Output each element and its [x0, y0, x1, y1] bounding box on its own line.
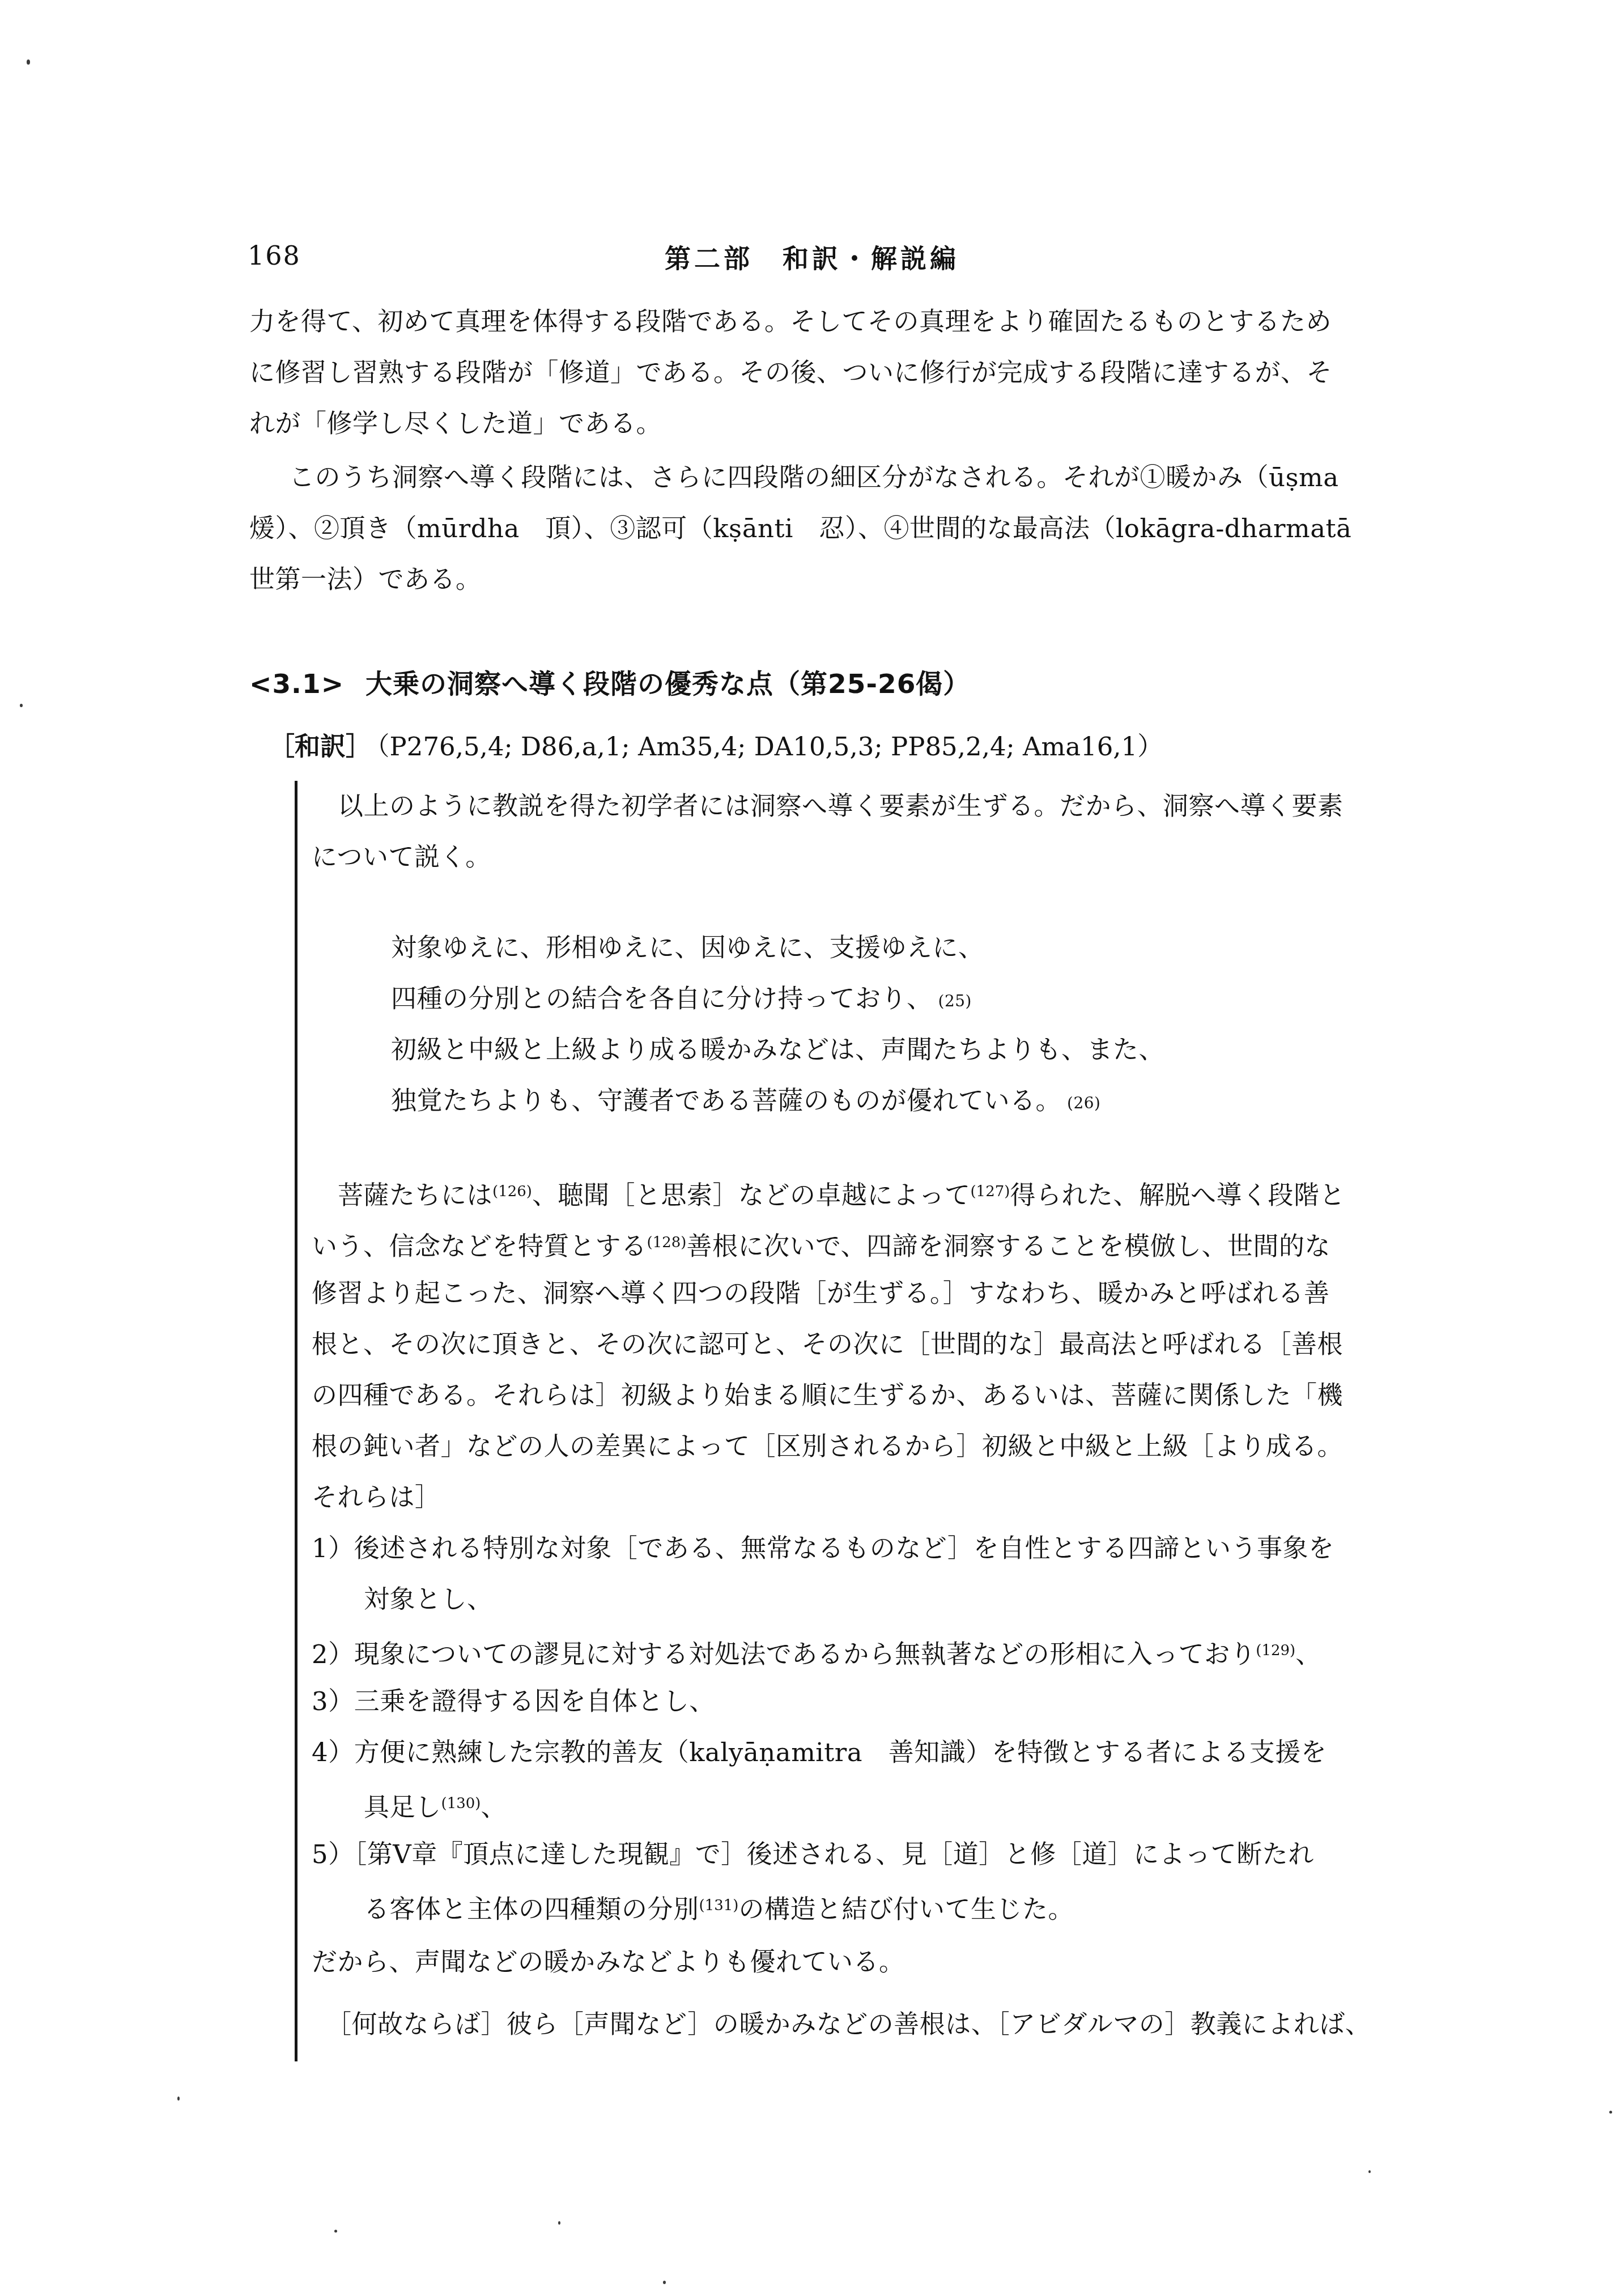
list-item-line: 2）現象についての謬見に対する対処法であるから無執著などの形相に入っており(12… — [312, 1625, 1388, 1676]
quote-line: 修習より起こった、洞察へ導く四つの段階［が生ずる。］すなわち、暖かみと呼ばれる善 — [312, 1268, 1388, 1319]
quote-line: について説く。 — [312, 832, 1388, 883]
body-line: 煖）、②頂き（mūrdha 頂）、③認可（kṣānti 忍）、④世間的な最高法（… — [249, 503, 1388, 554]
numbered-list: 1）後述される特別な対象［である、無常なるものなど］を自性とする四諦という事象を… — [312, 1523, 1388, 1931]
translation-citation-line: ［和訳］（P276,5,4; D86,a,1; Am35,4; DA10,5,3… — [249, 721, 1388, 772]
footnote-ref: (128) — [647, 1234, 687, 1251]
quote-line: 以上のように教説を得た初学者には洞察へ導く要素が生ずる。だから、洞察へ導く要素 — [312, 781, 1388, 832]
quote-line: ［何故ならば］彼ら［声聞など］の暖かみなどの善根は、［アビダルマの］教義によれば… — [326, 1999, 1388, 2050]
translation-label: ［和訳］ — [269, 732, 371, 762]
body-line: このうち洞察へ導く段階には、さらに四段階の細区分がなされる。それが①暖かみ（ūṣ… — [249, 452, 1388, 503]
commentary-paragraph: 菩薩たちには(126)、聴聞［と思索］などの卓越によって(127)得られた、解脱… — [312, 1166, 1388, 1523]
list-item-line: 4）方便に熟練した宗教的善友（kalyāṇamitra 善知識）を特徴とする者に… — [312, 1727, 1388, 1778]
scan-noise-speck — [177, 2097, 180, 2101]
body-line: れが「修学し尽くした道」である。 — [249, 398, 1388, 449]
quote-intro: 以上のように教説を得た初学者には洞察へ導く要素が生ずる。だから、洞察へ導く要素 … — [312, 781, 1388, 883]
footnote-ref: (131) — [699, 1897, 739, 1914]
quotation-block: 以上のように教説を得た初学者には洞察へ導く要素が生ずる。だから、洞察へ導く要素 … — [295, 781, 1388, 2061]
citation-refs: （P276,5,4; D86,a,1; Am35,4; DA10,5,3; PP… — [377, 732, 1163, 762]
body-line: に修習し習熟する段階が「修道」である。その後、ついに修行が完成する段階に達するが… — [249, 347, 1388, 398]
list-item-line: 具足し(130)、 — [364, 1778, 1388, 1829]
list-item-line: 対象とし、 — [364, 1574, 1388, 1625]
body-line: 世第一法）である。 — [249, 554, 1388, 605]
list-item-line: 1）後述される特別な対象［である、無常なるものなど］を自性とする四諦という事象を — [312, 1523, 1388, 1574]
scan-noise-speck — [334, 2230, 337, 2233]
footnote-ref: (126) — [492, 1183, 532, 1200]
document-page: 168 第二部 和訳・解説編 力を得て、初めて真理を体得する段階である。そしてそ… — [0, 0, 1624, 2296]
list-item-line: 3）三乗を證得する因を自体とし、 — [312, 1676, 1388, 1727]
scan-noise-speck — [1368, 2170, 1371, 2173]
verse-line: 独覚たちよりも、守護者である菩薩のものが優れている。(26) — [391, 1075, 1388, 1126]
quote-line: 根の鈍い者」などの人の差異によって［区別されるから］初級と中級と上級［より成る。 — [312, 1421, 1388, 1472]
scan-noise-speck — [558, 2221, 560, 2225]
verse-block: 対象ゆえに、形相ゆえに、因ゆえに、支援ゆえに、 四種の分別との結合を各自に分け持… — [391, 922, 1388, 1126]
quote-line: の四種である。それらは］初級より始まる順に生ずるか、あるいは、菩薩に関係した「機 — [312, 1370, 1388, 1421]
scan-noise-speck — [20, 704, 23, 707]
list-item-line: 5）［第V章『頂点に達した現観』で］後述される、見［道］と修［道］によって断たれ — [312, 1829, 1388, 1880]
closing-lines: だから、声聞などの暖かみなどよりも優れている。 ［何故ならば］彼ら［声聞など］の… — [312, 1937, 1388, 2050]
scan-noise-speck — [1609, 2111, 1612, 2114]
section-title: 大乗の洞察へ導く段階の優秀な点（第25-26偈） — [365, 669, 970, 700]
verse-line: 初級と中級と上級より成る暖かみなどは、声聞たちよりも、また、 — [391, 1024, 1388, 1075]
quote-line: いう、信念などを特質とする(128)善根に次いで、四諦を洞察することを模倣し、世… — [312, 1217, 1388, 1268]
list-item-line: る客体と主体の四種類の分別(131)の構造と結び付いて生じた。 — [364, 1880, 1388, 1931]
quote-line: 根と、その次に頂きと、その次に認可と、その次に［世間的な］最高法と呼ばれる［善根 — [312, 1319, 1388, 1370]
verse-number: (26) — [1067, 1094, 1100, 1112]
quote-line: それらは］ — [312, 1472, 1388, 1523]
section-number: <3.1> — [249, 669, 344, 700]
paragraph-1: 力を得て、初めて真理を体得する段階である。そしてその真理をより確固たるものとする… — [249, 296, 1388, 449]
section-heading: <3.1>大乗の洞察へ導く段階の優秀な点（第25-26偈） — [249, 659, 1388, 710]
paragraph-2: このうち洞察へ導く段階には、さらに四段階の細区分がなされる。それが①暖かみ（ūṣ… — [249, 452, 1388, 605]
verse-line: 四種の分別との結合を各自に分け持っており、(25) — [391, 973, 1388, 1024]
footnote-ref: (127) — [970, 1183, 1010, 1200]
page-content: 力を得て、初めて真理を体得する段階である。そしてその真理をより確固たるものとする… — [249, 296, 1388, 2061]
scan-noise-speck — [27, 59, 30, 65]
quote-line: だから、声聞などの暖かみなどよりも優れている。 — [312, 1937, 1388, 1988]
quote-line: 菩薩たちには(126)、聴聞［と思索］などの卓越によって(127)得られた、解脱… — [312, 1166, 1388, 1217]
footnote-ref: (130) — [441, 1795, 481, 1812]
body-line: 力を得て、初めて真理を体得する段階である。そしてその真理をより確固たるものとする… — [249, 296, 1388, 347]
running-header: 第二部 和訳・解説編 — [0, 238, 1624, 275]
verse-number: (25) — [938, 992, 972, 1010]
verse-line: 対象ゆえに、形相ゆえに、因ゆえに、支援ゆえに、 — [391, 922, 1388, 973]
footnote-ref: (129) — [1256, 1642, 1295, 1659]
scan-noise-speck — [663, 2281, 666, 2284]
